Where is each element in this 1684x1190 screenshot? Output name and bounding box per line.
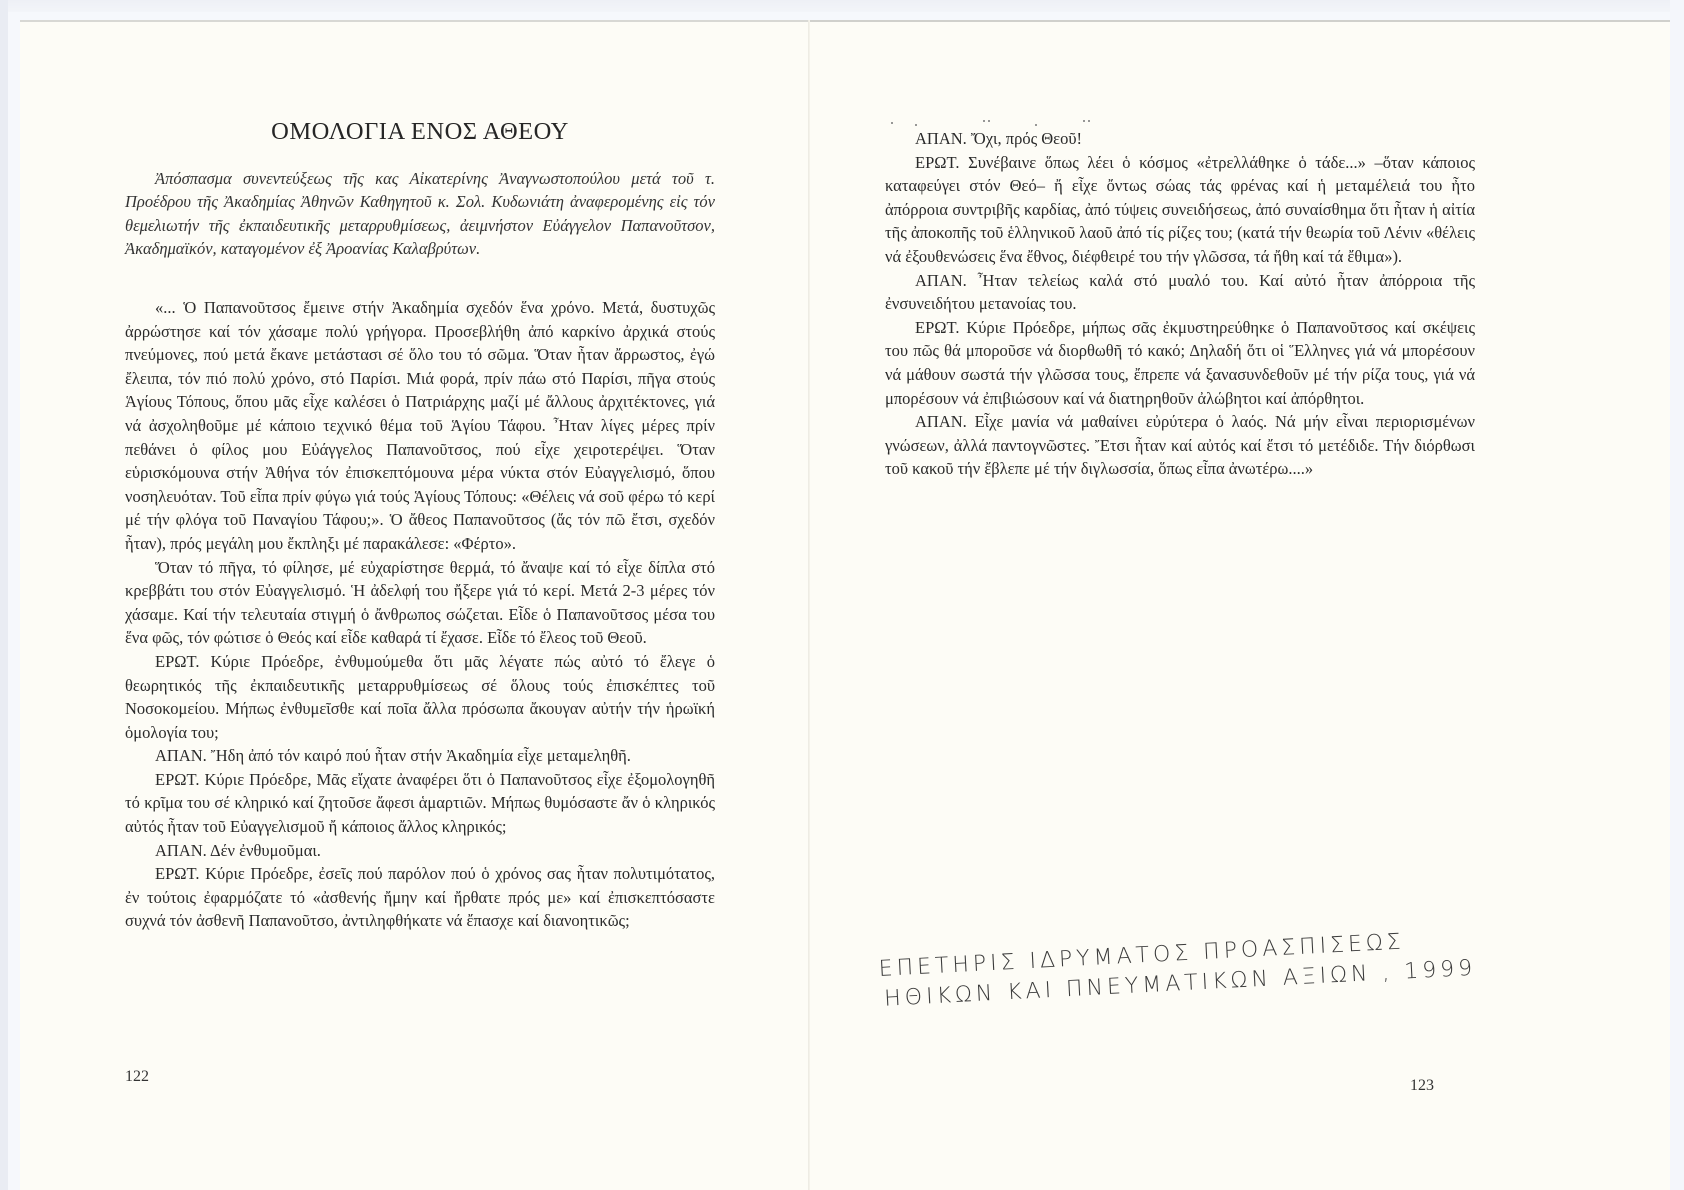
paragraph: ΑΠΑΝ. Ἤδη ἀπό τόν καιρό πού ἦταν στήν Ἀκ… bbox=[125, 744, 715, 768]
paragraph: ΑΠΑΝ. Ὄχι, πρός Θεοῦ! bbox=[885, 127, 1475, 151]
paragraph: «... Ὁ Παπανοῦτσος ἔμεινε στήν Ἀκαδημία … bbox=[125, 296, 715, 556]
scanner-right-edge bbox=[1670, 0, 1684, 1190]
scanner-left-edge bbox=[0, 0, 8, 1190]
article-intro: Ἀπόσπασμα συνεντεύξεως τῆς κας Αἰκατερίν… bbox=[125, 167, 715, 261]
paragraph: ΑΠΑΝ. Ἦταν τελείως καλά στό μυαλό του. Κ… bbox=[885, 269, 1475, 316]
page-number-right: 123 bbox=[1410, 1077, 1434, 1095]
paragraph: Ὅταν τό πῆγα, τό φίλησε, μέ εὐχαρίστησε … bbox=[125, 556, 715, 650]
scanner-top-edge bbox=[0, 0, 1684, 12]
paragraph: ΑΠΑΝ. Εἶχε μανία νά μαθαίνει εὐρύτερα ὁ … bbox=[885, 410, 1475, 481]
article-title: ΟΜΟΛΟΓΙΑ ΕΝΟΣ ΑΘΕΟΥ bbox=[125, 118, 715, 146]
paragraph: ΕΡΩΤ. Κύριε Πρόεδρε, μήπως σᾶς ἐκμυστηρε… bbox=[885, 316, 1475, 410]
paragraph: ΕΡΩΤ. Κύριε Πρόεδρε, ἐνθυμούμεθα ὅτι μᾶς… bbox=[125, 650, 715, 744]
left-page-body: «... Ὁ Παπανοῦτσος ἔμεινε στήν Ἀκαδημία … bbox=[125, 296, 715, 933]
book-gutter bbox=[808, 20, 810, 1190]
right-page-body: ΑΠΑΝ. Ὄχι, πρός Θεοῦ! ΕΡΩΤ. Συνέβαινε ὅπ… bbox=[885, 127, 1475, 481]
paragraph: ΑΠΑΝ. Δέν ἐνθυμοῦμαι. bbox=[125, 839, 715, 863]
paragraph: ΕΡΩΤ. Συνέβαινε ὅπως λέει ὁ κόσμος «ἐτρε… bbox=[885, 151, 1475, 269]
page-number-left: 122 bbox=[125, 1068, 149, 1086]
paragraph: ΕΡΩΤ. Κύριε Πρόεδρε, ἐσεῖς πού παρόλον π… bbox=[125, 862, 715, 933]
paragraph: ΕΡΩΤ. Κύριε Πρόεδρε, Μᾶς εἴχατε ἀναφέρει… bbox=[125, 768, 715, 839]
